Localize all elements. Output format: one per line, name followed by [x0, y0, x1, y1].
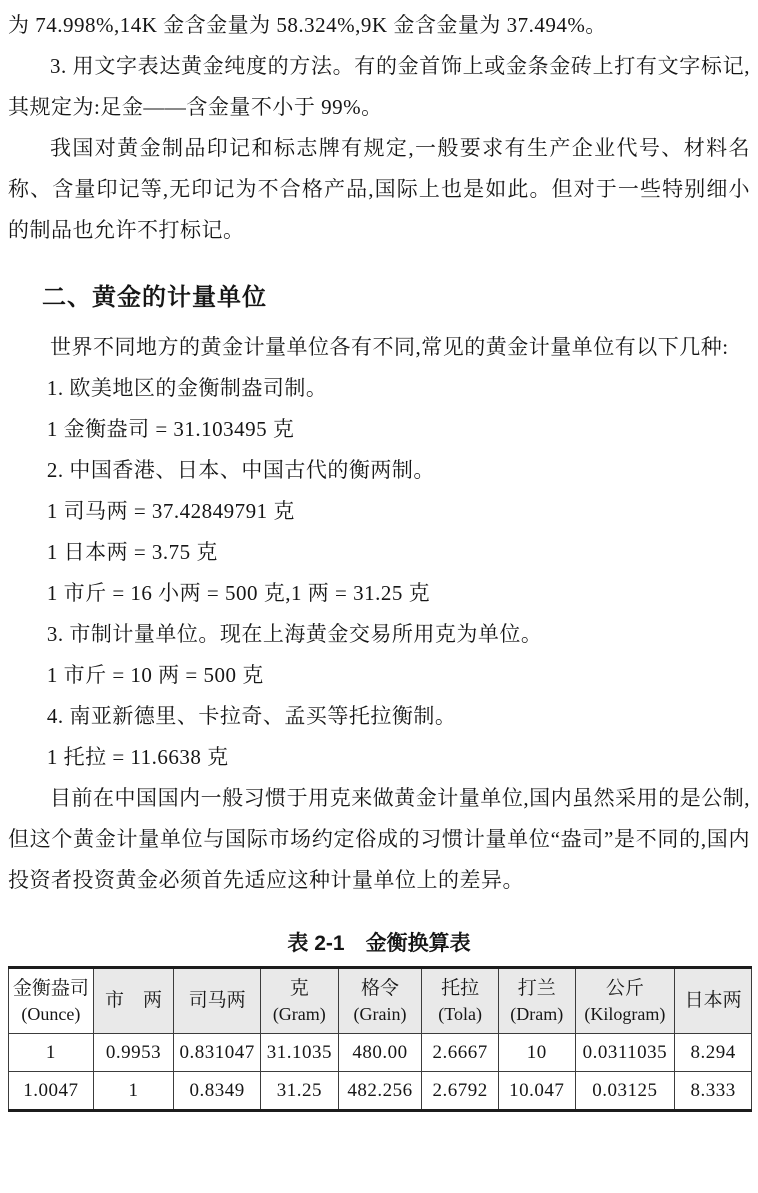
column-header-ounce: 金衡盎司(Ounce): [9, 968, 94, 1034]
column-header-cn: 格令: [361, 978, 399, 999]
paragraph-units-intro: 世界不同地方的黄金计量单位各有不同,常见的黄金计量单位有以下几种:: [8, 327, 750, 368]
cell: 1: [93, 1072, 174, 1111]
unit-line-tael-system: 2. 中国香港、日本、中国古代的衡两制。: [8, 450, 750, 491]
cell: 8.333: [675, 1072, 752, 1111]
unit-line-shi-system: 3. 市制计量单位。现在上海黄金交易所用克为单位。: [8, 614, 750, 655]
column-header-gram: 克(Gram): [261, 968, 339, 1034]
cell: 480.00: [338, 1034, 422, 1072]
cell: 10.047: [498, 1072, 575, 1111]
cell: 0.831047: [174, 1034, 261, 1072]
column-header-cn: 打兰: [518, 978, 556, 999]
unit-line-tola-system: 4. 南亚新德里、卡拉奇、孟买等托拉衡制。: [8, 696, 750, 737]
cell: 31.25: [261, 1072, 339, 1111]
cell: 1: [9, 1034, 94, 1072]
column-header-cn: 克: [290, 978, 309, 999]
unit-line-troy-ounce-value: 1 金衡盎司 = 31.103495 克: [8, 409, 750, 450]
cell: 0.8349: [174, 1072, 261, 1111]
gold-conversion-table: 金衡盎司(Ounce) 市 两 司马两 克(Gram) 格令(Grain) 托拉…: [8, 966, 752, 1112]
column-header-kilogram: 公斤(Kilogram): [575, 968, 675, 1034]
cell: 10: [498, 1034, 575, 1072]
unit-line-shijin-10-value: 1 市斤 = 10 两 = 500 克: [8, 655, 750, 696]
unit-line-sima-tael-value: 1 司马两 = 37.42849791 克: [8, 491, 750, 532]
cell: 482.256: [338, 1072, 422, 1111]
unit-line-tola-value: 1 托拉 = 11.6638 克: [8, 737, 750, 778]
column-header-en: (Dram): [500, 1002, 574, 1026]
table-title: 表 2-1 金衡换算表: [8, 931, 750, 957]
column-header-cn: 司马两: [189, 990, 246, 1011]
cell: 2.6792: [422, 1072, 499, 1111]
column-header-cn: 金衡盎司: [13, 978, 89, 999]
table-row-from-shi-tael: 1.0047 1 0.8349 31.25 482.256 2.6792 10.…: [9, 1072, 752, 1111]
column-header-en: (Tola): [423, 1002, 497, 1026]
column-header-en: (Kilogram): [577, 1002, 674, 1026]
cell: 2.6667: [422, 1034, 499, 1072]
cell: 8.294: [675, 1034, 752, 1072]
column-header-cn: 托拉: [441, 978, 479, 999]
column-header-dram: 打兰(Dram): [498, 968, 575, 1034]
column-header-en: (Ounce): [10, 1002, 92, 1026]
book-page: 为 74.998%,14K 金含金量为 58.324%,9K 金含金量为 37.…: [0, 0, 758, 1112]
column-header-en: (Grain): [340, 1002, 421, 1026]
table-header-row: 金衡盎司(Ounce) 市 两 司马两 克(Gram) 格令(Grain) 托拉…: [9, 968, 752, 1034]
paragraph-conclusion: 目前在中国国内一般习惯于用克来做黄金计量单位,国内虽然采用的是公制,但这个黄金计…: [8, 778, 750, 901]
cell: 0.9953: [93, 1034, 174, 1072]
cell: 1.0047: [9, 1072, 94, 1111]
section-heading-gold-units: 二、黄金的计量单位: [42, 283, 750, 313]
table-row-from-ounce: 1 0.9953 0.831047 31.1035 480.00 2.6667 …: [9, 1034, 752, 1072]
paragraph-hallmark-regulation: 我国对黄金制品印记和标志牌有规定,一般要求有生产企业代号、材料名称、含量印记等,…: [8, 128, 750, 251]
cell: 0.03125: [575, 1072, 675, 1111]
unit-line-japan-tael-value: 1 日本两 = 3.75 克: [8, 532, 750, 573]
column-header-cn: 日本两: [685, 990, 742, 1011]
unit-line-shijin-16-value: 1 市斤 = 16 小两 = 500 克,1 两 = 31.25 克: [8, 573, 750, 614]
column-header-tola: 托拉(Tola): [422, 968, 499, 1034]
paragraph-karat-purity-continuation: 为 74.998%,14K 金含金量为 58.324%,9K 金含金量为 37.…: [8, 5, 750, 46]
cell: 31.1035: [261, 1034, 339, 1072]
column-header-en: (Gram): [262, 1002, 337, 1026]
column-header-sima-tael: 司马两: [174, 968, 261, 1034]
cell: 0.0311035: [575, 1034, 675, 1072]
column-header-cn: 市 两: [105, 990, 162, 1011]
column-header-shi-tael: 市 两: [93, 968, 174, 1034]
column-header-grain: 格令(Grain): [338, 968, 422, 1034]
unit-line-troy-system: 1. 欧美地区的金衡制盎司制。: [8, 368, 750, 409]
column-header-japan-tael: 日本两: [675, 968, 752, 1034]
column-header-cn: 公斤: [606, 978, 644, 999]
paragraph-text-marking-method: 3. 用文字表达黄金纯度的方法。有的金首饰上或金条金砖上打有文字标记,其规定为:…: [8, 46, 750, 128]
